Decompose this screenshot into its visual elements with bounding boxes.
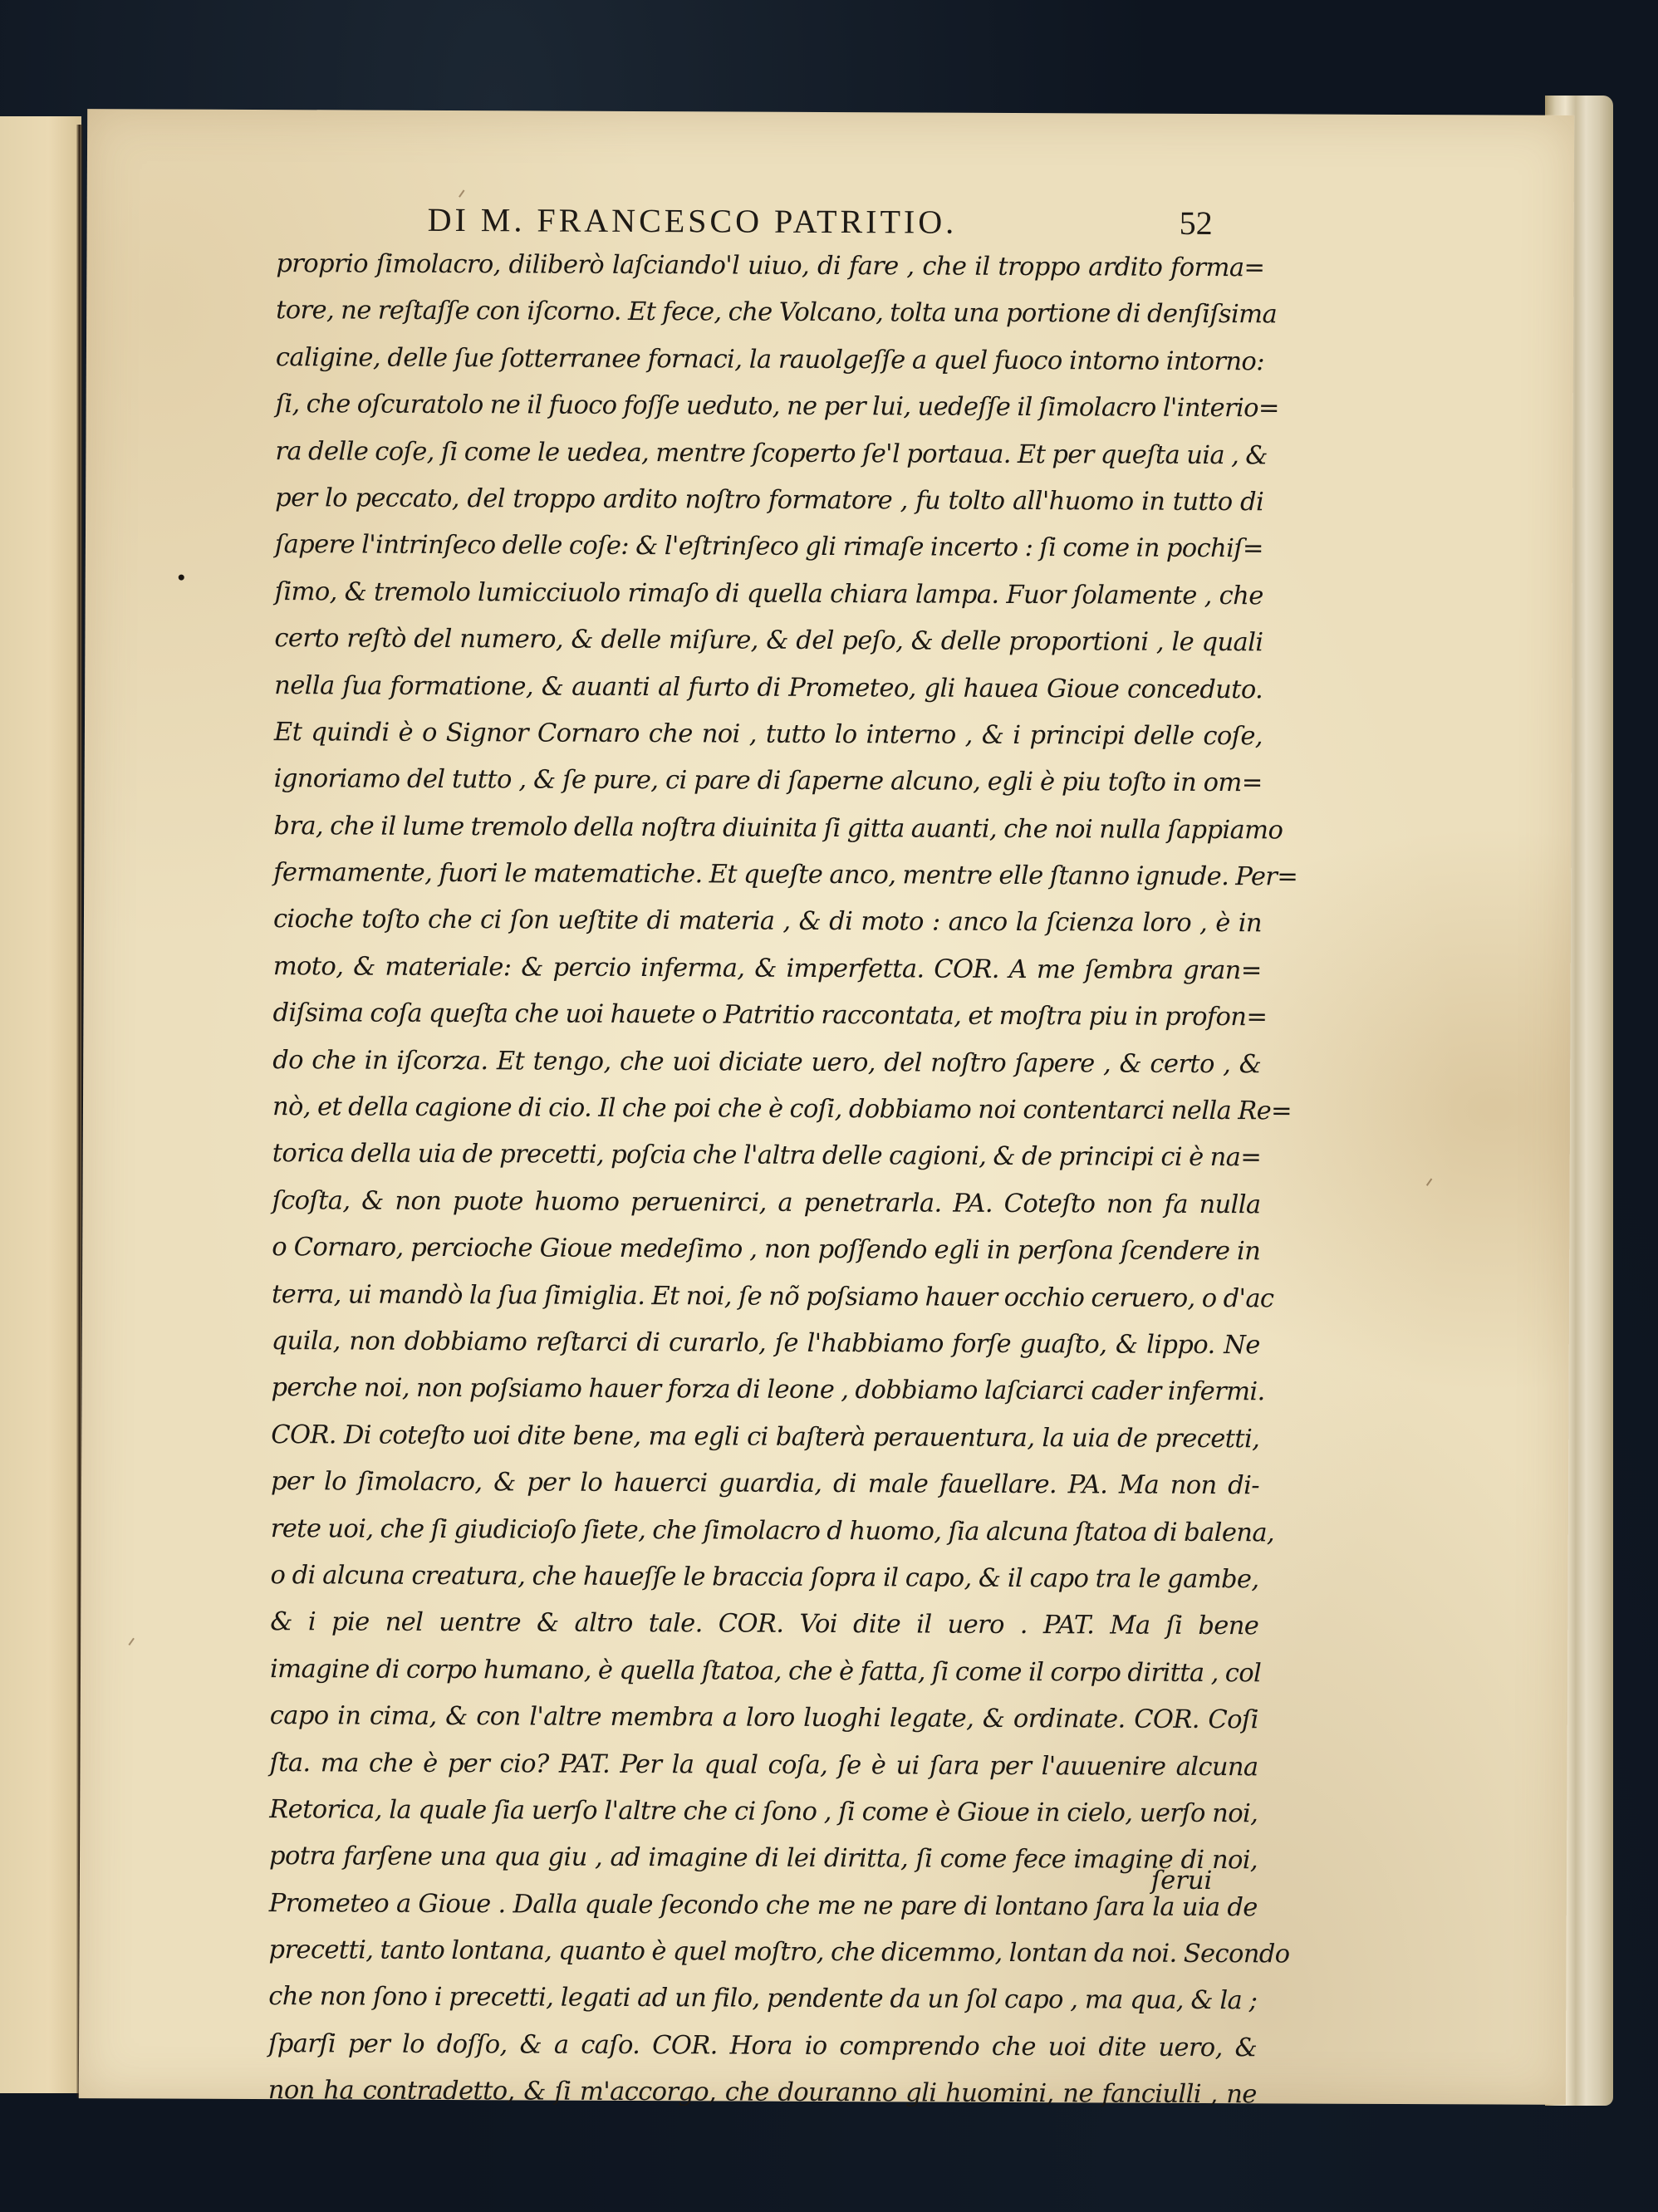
- text-line: precetti, tanto lontana, quanto è quel m…: [268, 1927, 1257, 1979]
- text-line: cioche toſto che ci ſon ueſtite di mater…: [273, 897, 1262, 949]
- body-text: proprio ſimolacro, diliberò laſciando'l …: [268, 241, 1265, 2119]
- text-line: per lo ſimolacro, & per lo hauerci guard…: [271, 1459, 1259, 1510]
- text-line: Et quindi è o Signor Cornaro che noi , t…: [274, 709, 1263, 761]
- running-head-title: DI M. FRANCESCO PATRITIO.: [428, 200, 958, 242]
- text-line: & i pie nel uentre & altro tale. COR. Vo…: [270, 1599, 1258, 1650]
- text-line: ſapere l'intrinſeco delle coſe: & l'eſtr…: [275, 522, 1263, 573]
- text-line: moto, & materiale: & percio inferma, & i…: [273, 944, 1262, 995]
- text-line: per lo peccato, del troppo ardito noſtro…: [275, 475, 1263, 527]
- text-line: che non ſono i precetti, legati ad un fi…: [268, 1974, 1257, 2026]
- ink-spot: [179, 575, 184, 581]
- text-line: do che in iſcorza. Et tengo, che uoi dic…: [272, 1037, 1261, 1089]
- text-line: ſcoſta, & non puote huomo peruenirci, a …: [272, 1178, 1260, 1229]
- text-line: ſimo, & tremolo lumicciuolo rimaſo di qu…: [275, 569, 1263, 620]
- text-line: bra, che il lume tremolo della noſtra di…: [273, 803, 1262, 855]
- paper-speck: [128, 1638, 134, 1646]
- text-line: ſta. ma che è per cio? PAT. Per la qual …: [269, 1740, 1258, 1792]
- text-line: nella ſua formatione, & auanti al furto …: [274, 663, 1263, 714]
- paper-speck: [1426, 1179, 1432, 1186]
- text-line: imagine di corpo humano, è quella ſtatoa…: [270, 1646, 1258, 1698]
- paper-speck: [459, 189, 464, 197]
- folio-number: 52: [1180, 204, 1213, 243]
- text-line: torica della uia de precetti, poſcia che…: [272, 1131, 1261, 1183]
- text-line: o di alcuna creatura, che haueſſe le bra…: [270, 1552, 1258, 1604]
- text-line: quila, non dobbiamo reſtarci di curarlo,…: [272, 1318, 1260, 1370]
- text-line: potra farſene una qua giu , ad imagine d…: [269, 1833, 1258, 1885]
- text-line: Retorica, la quale ſia uerſo l'altre che…: [269, 1787, 1258, 1838]
- recto-page: DI M. FRANCESCO PATRITIO. 52 proprio ſim…: [79, 109, 1574, 2105]
- text-line: COR. Di coteſto uoi dite bene, ma egli c…: [271, 1412, 1259, 1464]
- text-line: rete uoi, che ſi giudicioſo ſiete, che ſ…: [271, 1506, 1259, 1557]
- text-line: terra, ui mandò la ſua ſimiglia. Et noi,…: [272, 1272, 1260, 1323]
- text-line: diſsima coſa queſta che uoi hauete o Pat…: [272, 990, 1261, 1042]
- text-line: perche noi, non poſsiamo hauer forza di …: [271, 1365, 1259, 1416]
- text-line: ra delle coſe, ſi come le uedea, mentre …: [275, 429, 1263, 480]
- text-line: ignoriamo del tutto , & ſe pure, ci pare…: [274, 756, 1263, 807]
- text-line: certo reſtò del numero, & delle miſure, …: [274, 616, 1263, 667]
- text-line: caligine, delle ſue ſotterranee fornaci,…: [276, 335, 1264, 386]
- text-line: tore, ne reſtaſſe con iſcorno. Et fece, …: [276, 287, 1264, 339]
- verso-page-edge: [0, 116, 81, 2093]
- text-line: non ha contradetto, & ſi m'accorgo, che …: [268, 2067, 1257, 2119]
- text-line: nò, et della cagione di cio. Il che poi …: [272, 1084, 1261, 1135]
- catchword: ſerui: [1151, 1866, 1212, 1896]
- text-line: ſparſi per lo doſſo, & a caſo. COR. Hora…: [268, 2021, 1257, 2072]
- text-line: Prometeo a Gioue . Dalla quale ſecondo c…: [269, 1881, 1258, 1932]
- text-line: ſi, che oſcuratolo ne il fuoco foſſe ued…: [276, 381, 1264, 433]
- text-line: o Cornaro, percioche Gioue medeſimo , no…: [272, 1224, 1260, 1276]
- running-head: DI M. FRANCESCO PATRITIO. 52: [87, 199, 1574, 205]
- text-line: fermamente, fuori le matematiche. Et que…: [273, 850, 1262, 901]
- text-line: capo in cima, & con l'altre membra a lor…: [270, 1693, 1258, 1744]
- text-line: proprio ſimolacro, diliberò laſciando'l …: [276, 241, 1264, 292]
